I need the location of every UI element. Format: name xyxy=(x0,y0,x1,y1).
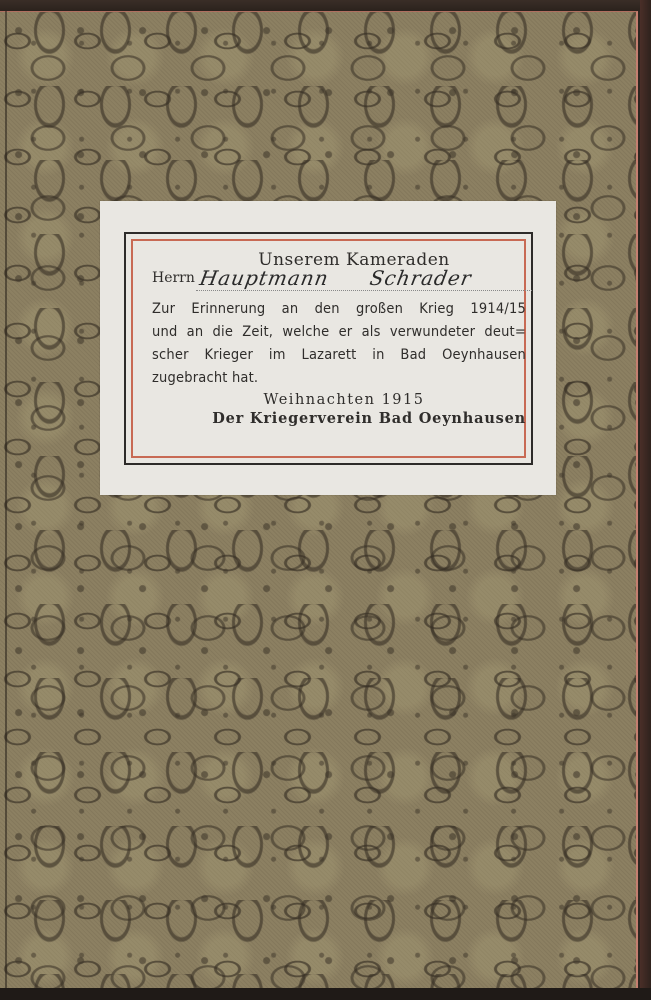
hinge-line xyxy=(5,11,7,988)
damask-endpaper xyxy=(0,11,638,988)
cover-bottom-edge xyxy=(0,988,651,1000)
handwritten-recipient-name: Hauptmann Schrader xyxy=(198,266,538,290)
book-cover: Unserem Kameraden Herrn Hauptmann Schrad… xyxy=(0,0,651,1000)
cover-right-edge xyxy=(640,0,651,1000)
issuer-signature: Der Kriegerverein Bad Oeynhausen xyxy=(152,410,526,427)
dotted-fill-line xyxy=(196,290,532,291)
dedication-line: Zur Erinnerung an den großen Krieg 1914/… xyxy=(152,298,526,321)
cover-top-edge xyxy=(0,0,651,11)
dedication-line: zugebracht hat. xyxy=(152,367,526,390)
dedication-line: scher Krieger im Lazarett in Bad Oeynhau… xyxy=(152,344,526,367)
dedication-line: und an die Zeit, welche er als verwundet… xyxy=(152,321,526,344)
salutation: Herrn xyxy=(152,270,195,286)
dedication-text: Zur Erinnerung an den großen Krieg 1914/… xyxy=(152,298,526,390)
bookplate-content: Unserem Kameraden Herrn Hauptmann Schrad… xyxy=(152,248,526,487)
dedication-date: Weihnachten 1915 xyxy=(152,392,526,408)
bookplate-label: Unserem Kameraden Herrn Hauptmann Schrad… xyxy=(100,201,556,495)
recipient-row: Herrn Hauptmann Schrader xyxy=(152,270,526,296)
